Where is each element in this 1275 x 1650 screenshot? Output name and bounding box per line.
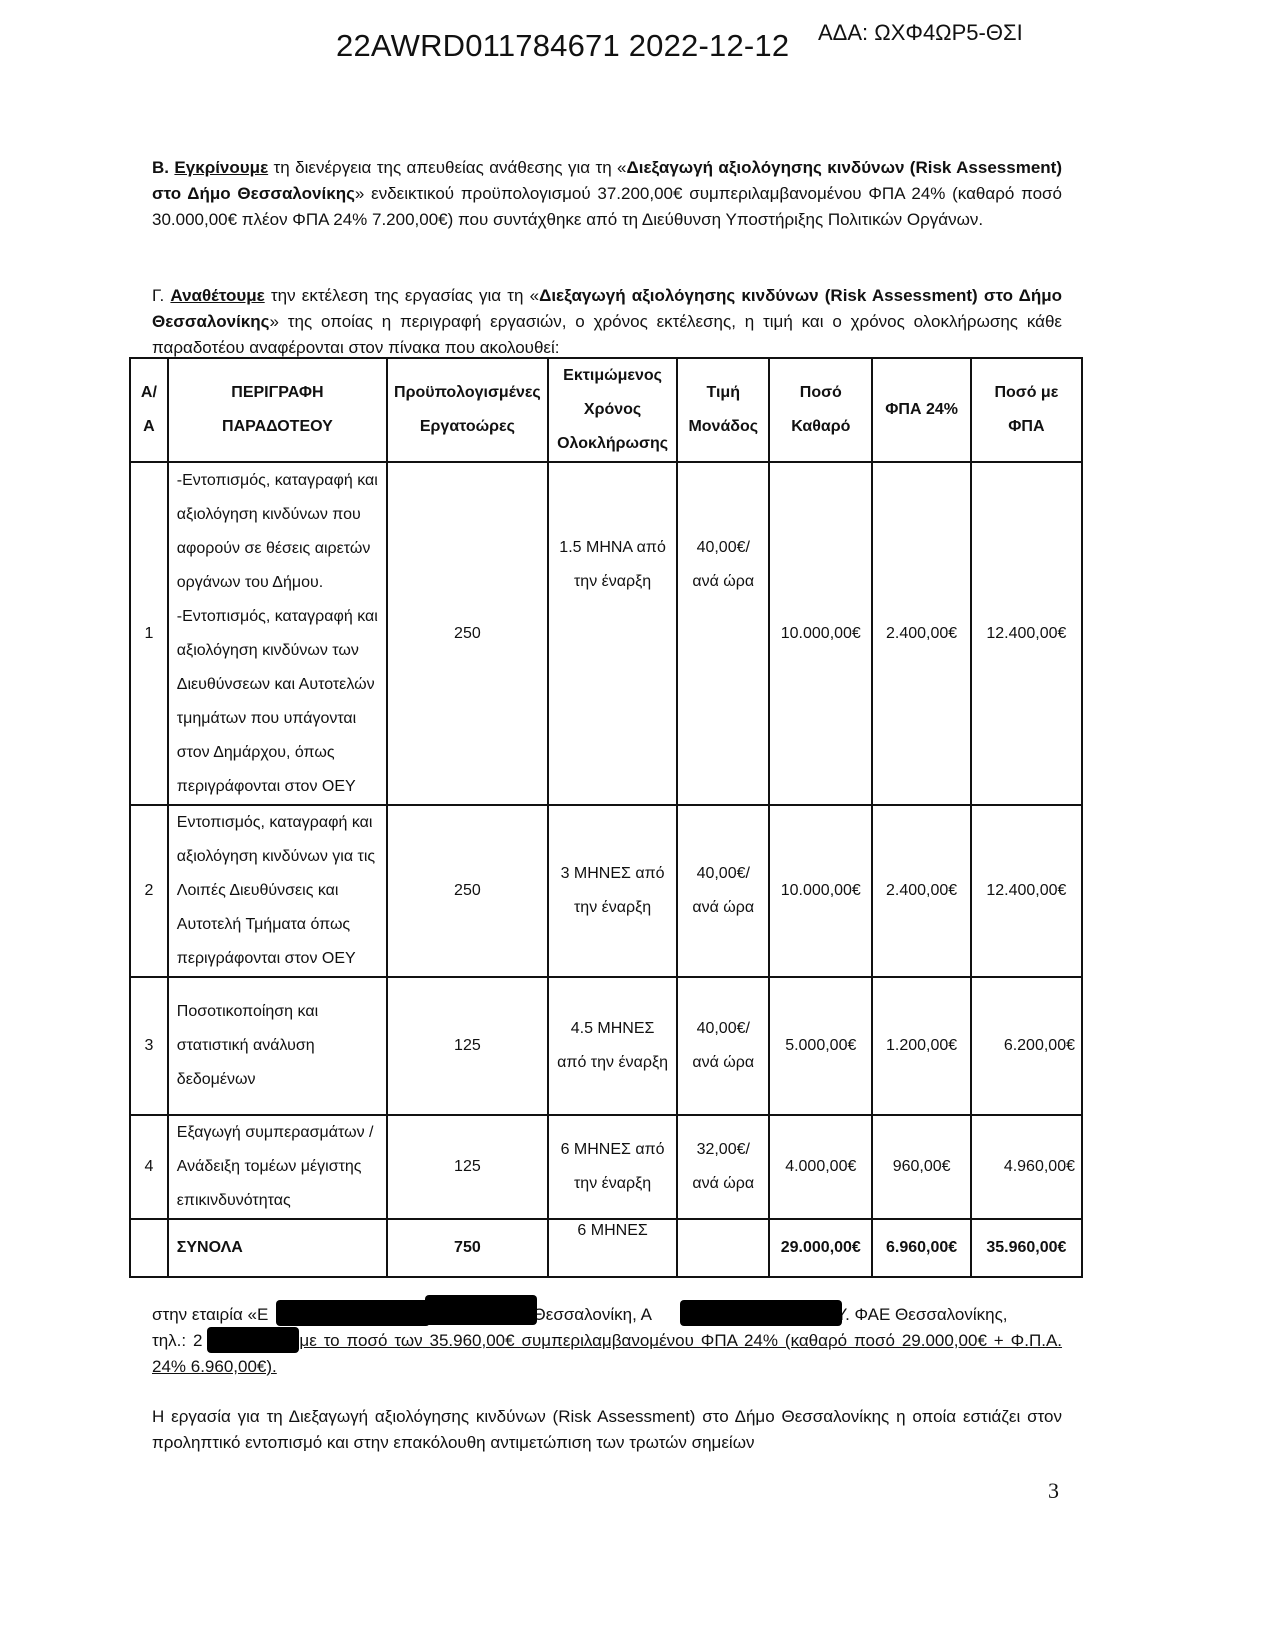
- cell-total: 6.200,00€: [971, 977, 1082, 1115]
- cell-net: 4.000,00€: [769, 1115, 872, 1219]
- cell-unit-price: 40,00€/ανά ώρα: [677, 462, 769, 805]
- section-b-text: τη διενέργεια της απευθείας ανάθεσης για…: [268, 158, 626, 177]
- protocol-stamp: 22AWRD011784671 2022-12-12: [336, 28, 789, 64]
- cell-aa: 3: [130, 977, 168, 1115]
- totals-unit: [677, 1219, 769, 1277]
- totals-label: ΣΥΝΟΛΑ: [168, 1219, 387, 1277]
- col-header-unit-price: Τιμή Μονάδος: [677, 358, 769, 462]
- cell-vat: 960,00€: [872, 1115, 970, 1219]
- section-g-label: Γ.: [152, 286, 164, 305]
- award-text-2: 0 Θεσσαλονίκη, Α: [518, 1305, 652, 1324]
- redaction-block: [425, 1295, 537, 1325]
- section-b-paragraph: Β. Εγκρίνουμε τη διενέργεια της απευθεία…: [152, 155, 1062, 233]
- cell-time: 1.5 ΜΗΝΑ από την έναρξη: [548, 462, 678, 805]
- cell-total: 12.400,00€: [971, 462, 1082, 805]
- cell-aa: 1: [130, 462, 168, 805]
- page-number: 3: [1048, 1478, 1059, 1504]
- cell-aa: 2: [130, 805, 168, 977]
- cell-net: 10.000,00€: [769, 462, 872, 805]
- closing-paragraph: Η εργασία για τη Διεξαγωγή αξιολόγησης κ…: [152, 1404, 1062, 1456]
- cell-hours: 125: [387, 977, 548, 1115]
- table-row: 3 Ποσοτικοποίηση και στατιστική ανάλυση …: [130, 977, 1082, 1115]
- cell-total: 4.960,00€: [971, 1115, 1082, 1219]
- cell-hours: 125: [387, 1115, 548, 1219]
- section-g-verb: Αναθέτουμε: [170, 286, 264, 305]
- cell-net: 5.000,00€: [769, 977, 872, 1115]
- redaction-block: [276, 1300, 430, 1326]
- cell-unit-price: 40,00€/ανά ώρα: [677, 977, 769, 1115]
- table-row: 1 -Εντοπισμός, καταγραφή και αξιολόγηση …: [130, 462, 1082, 805]
- cell-vat: 1.200,00€: [872, 977, 970, 1115]
- cell-description: Εντοπισμός, καταγραφή και αξιολόγηση κιν…: [168, 805, 387, 977]
- col-header-hours: Προϋπολογισμένες Εργατοώρες: [387, 358, 548, 462]
- cell-aa: [130, 1219, 168, 1277]
- col-header-description: ΠΕΡΙΓΡΑΦΗ ΠΑΡΑΔΟΤΕΟΥ: [168, 358, 387, 462]
- award-text-4: τηλ.: 2: [152, 1331, 203, 1350]
- section-g-text: την εκτέλεση της εργασίας για τη «: [265, 286, 539, 305]
- col-header-total: Ποσό με ΦΠΑ: [971, 358, 1082, 462]
- totals-total: 35.960,00€: [971, 1219, 1082, 1277]
- cell-time: 3 ΜΗΝΕΣ από την έναρξη: [548, 805, 678, 977]
- col-header-aa: Α/Α: [130, 358, 168, 462]
- cell-net: 10.000,00€: [769, 805, 872, 977]
- cell-description: Εξαγωγή συμπερασμάτων / Ανάδειξη τομέων …: [168, 1115, 387, 1219]
- cell-time: 4.5 ΜΗΝΕΣ από την έναρξη: [548, 977, 678, 1115]
- table-row: 2 Εντοπισμός, καταγραφή και αξιολόγηση κ…: [130, 805, 1082, 977]
- cell-total: 12.400,00€: [971, 805, 1082, 977]
- cell-aa: 4: [130, 1115, 168, 1219]
- totals-time: 6 ΜΗΝΕΣ: [548, 1219, 678, 1277]
- totals-vat: 6.960,00€: [872, 1219, 970, 1277]
- cell-unit-price: 40,00€/ανά ώρα: [677, 805, 769, 977]
- deliverables-table: Α/Α ΠΕΡΙΓΡΑΦΗ ΠΑΡΑΔΟΤΕΟΥ Προϋπολογισμένε…: [129, 357, 1083, 1278]
- section-g-text-2: » της οποίας η περιγραφή εργασιών, ο χρό…: [152, 312, 1062, 357]
- section-b-label: Β.: [152, 158, 169, 177]
- cell-description: -Εντοπισμός, καταγραφή και αξιολόγηση κι…: [168, 462, 387, 805]
- redaction-block: [680, 1300, 842, 1326]
- section-b-verb: Εγκρίνουμε: [174, 158, 268, 177]
- totals-net: 29.000,00€: [769, 1219, 872, 1277]
- col-header-time: Εκτιμώμενος Χρόνος Ολοκλήρωσης: [548, 358, 678, 462]
- cell-hours: 250: [387, 805, 548, 977]
- section-g-paragraph: Γ. Αναθέτουμε την εκτέλεση της εργασίας …: [152, 283, 1062, 361]
- cell-unit-price: 32,00€/ανά ώρα: [677, 1115, 769, 1219]
- col-header-net: Ποσό Καθαρό: [769, 358, 872, 462]
- col-header-vat: ΦΠΑ 24%: [872, 358, 970, 462]
- award-text-1: στην εταιρία «Ε: [152, 1305, 268, 1324]
- cell-hours: 250: [387, 462, 548, 805]
- cell-description: Ποσοτικοποίηση και στατιστική ανάλυση δε…: [168, 977, 387, 1115]
- redaction-block: [207, 1327, 299, 1353]
- totals-row: ΣΥΝΟΛΑ 750 6 ΜΗΝΕΣ 29.000,00€ 6.960,00€ …: [130, 1219, 1082, 1277]
- ada-code: ΑΔΑ: ΩΧΦ4ΩΡ5-ΘΣΙ: [818, 20, 1023, 46]
- table-row: 4 Εξαγωγή συμπερασμάτων / Ανάδειξη τομέω…: [130, 1115, 1082, 1219]
- cell-time: 6 ΜΗΝΕΣ από την έναρξη: [548, 1115, 678, 1219]
- totals-hours: 750: [387, 1219, 548, 1277]
- cell-vat: 2.400,00€: [872, 462, 970, 805]
- cell-vat: 2.400,00€: [872, 805, 970, 977]
